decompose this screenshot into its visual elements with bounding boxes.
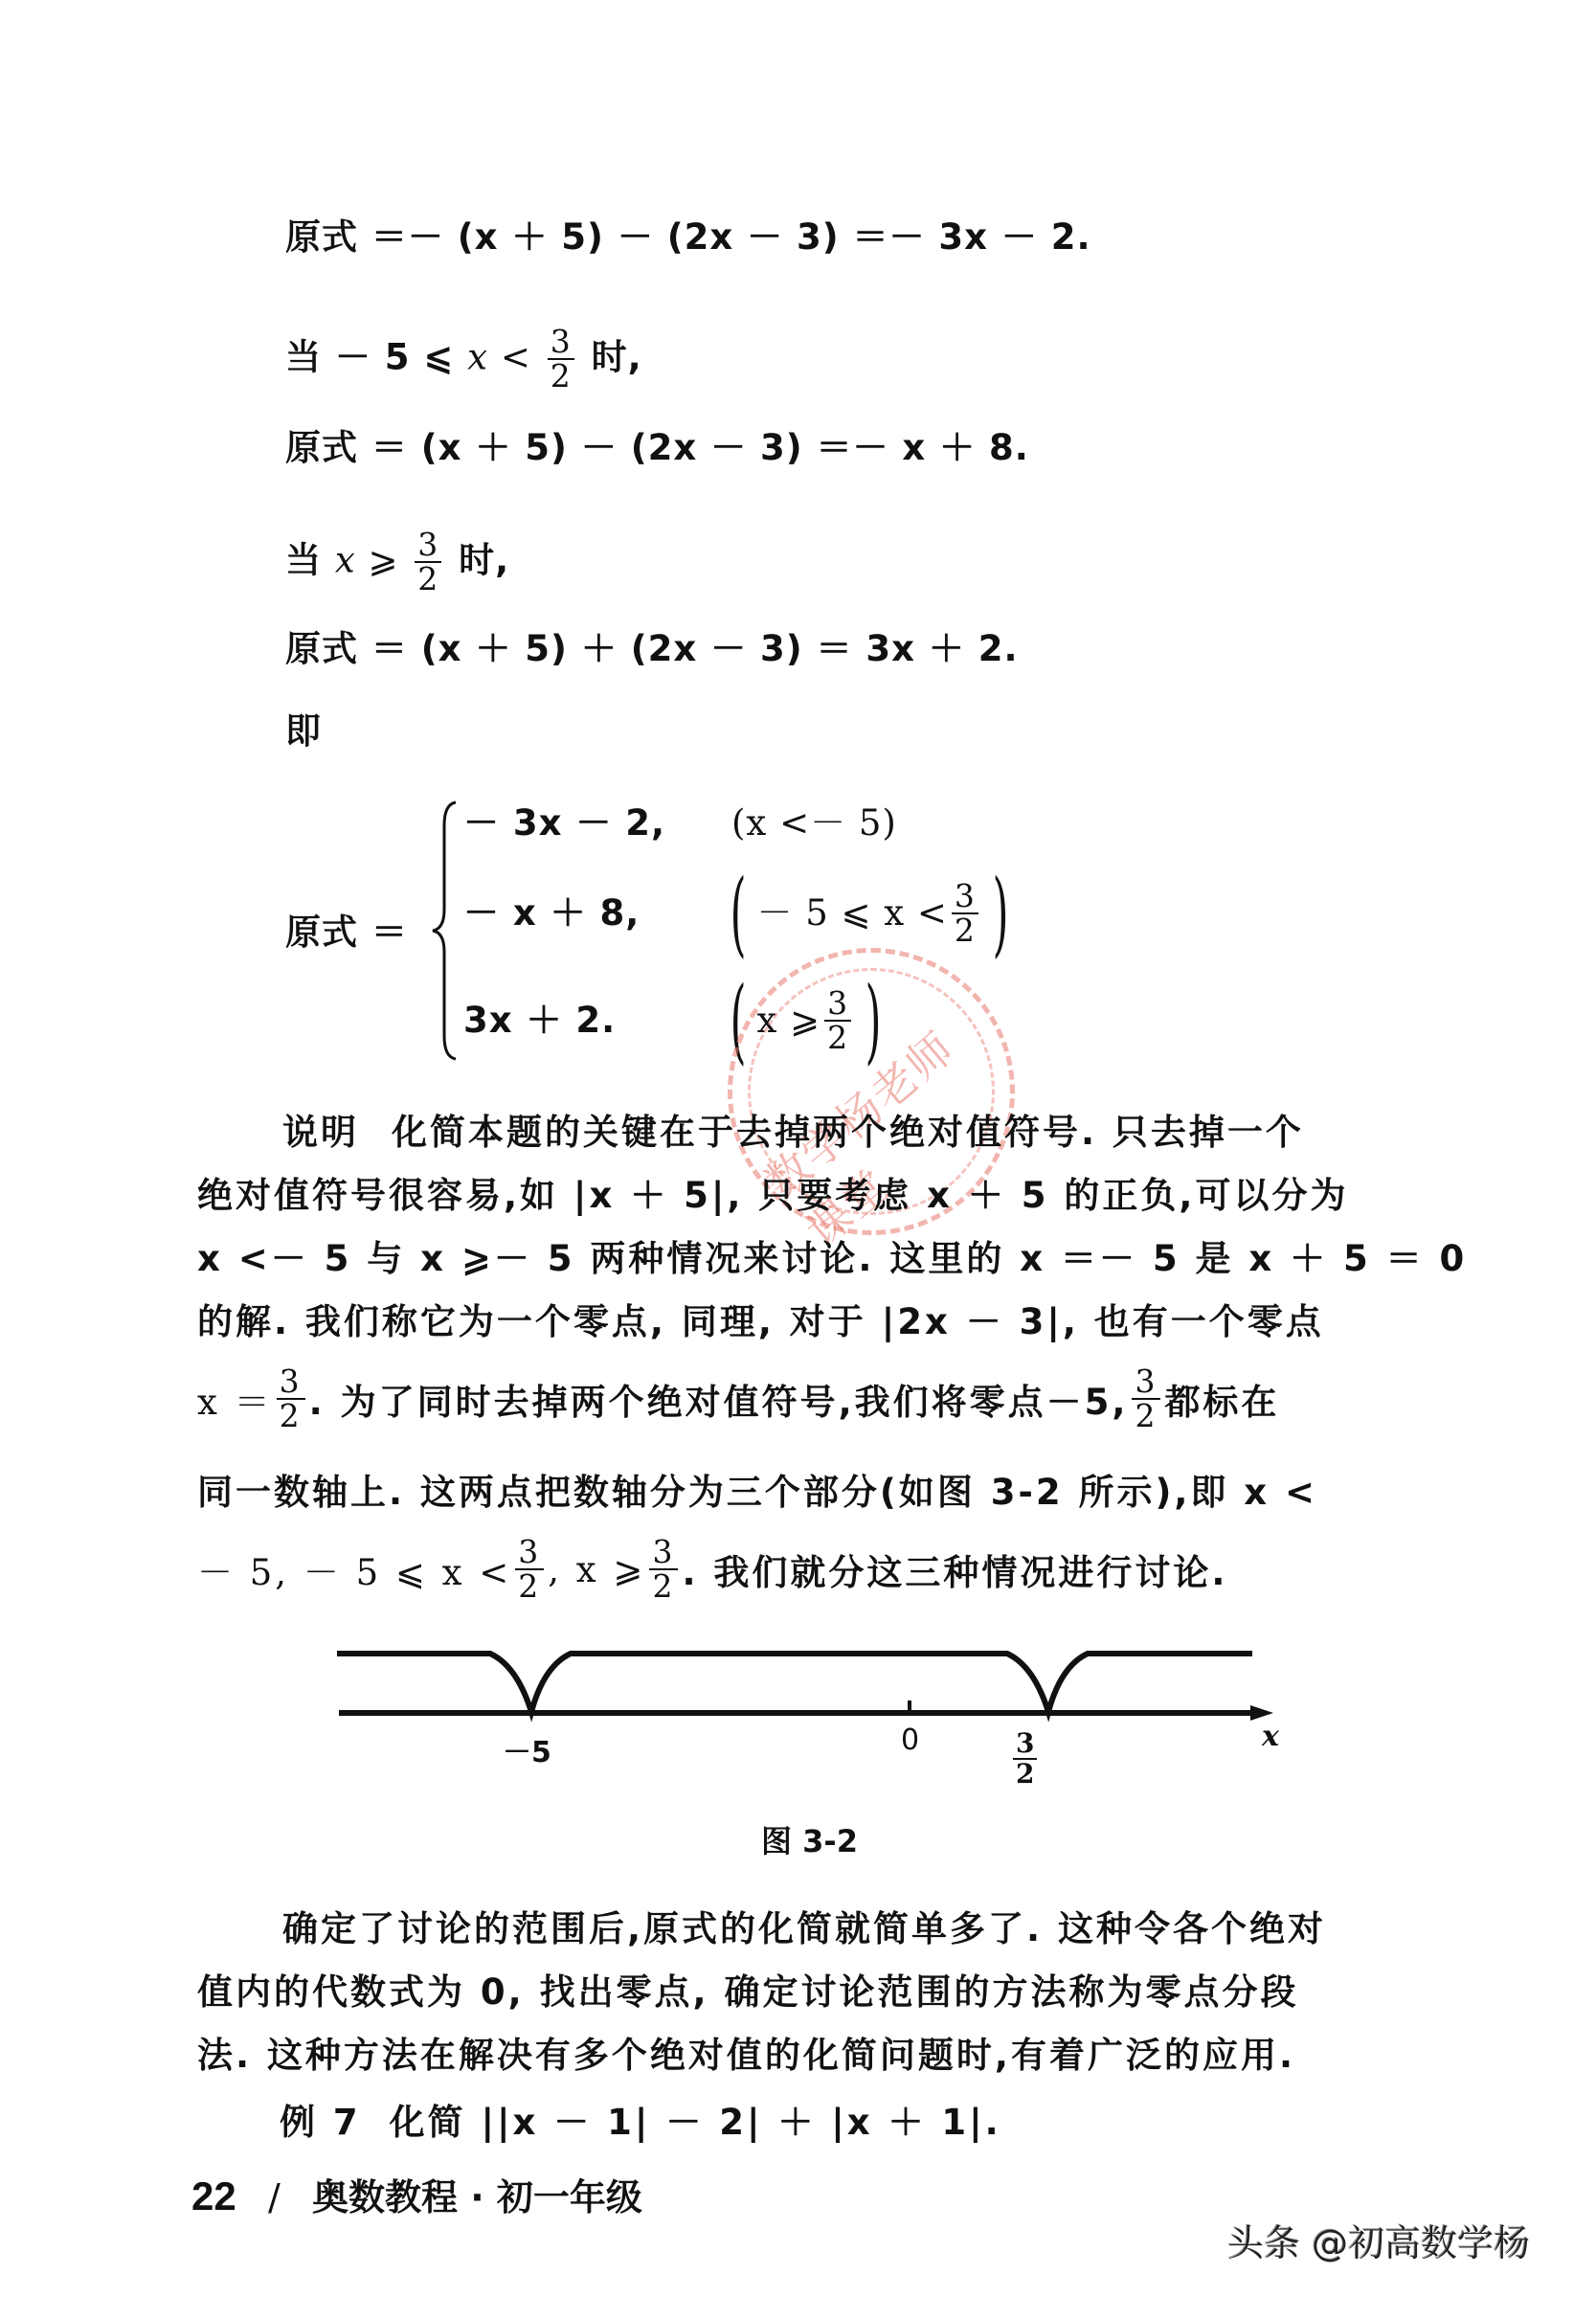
explanation-text: 同一数轴上. 这两点把数轴分为三个部分(如图 3-2 所示),即 x < bbox=[197, 1472, 1317, 1513]
fraction-three-halves: 32 bbox=[824, 987, 851, 1054]
numerator: 3 bbox=[415, 529, 441, 563]
numerator: 3 bbox=[548, 326, 574, 360]
piecewise-label-text: 原式 ＝ bbox=[285, 912, 408, 953]
fraction-three-halves: 32 bbox=[515, 1536, 544, 1603]
numerator: 3 bbox=[824, 987, 851, 1022]
denominator: 2 bbox=[827, 1022, 848, 1054]
conclusion-text: 确定了讨论的范围后,原式的化简就简单多了. 这种令各个绝对 bbox=[282, 1908, 1326, 1949]
example-text: 化简 ||x － 1| － 2| ＋ |x ＋ 1|. bbox=[390, 2102, 1001, 2143]
greater-equal: ⩾ bbox=[356, 540, 412, 581]
denominator: 2 bbox=[280, 1400, 303, 1432]
conclusion-line-1: 确定了讨论的范围后,原式的化简就简单多了. 这种令各个绝对 bbox=[282, 1900, 1326, 1951]
conclusion-text: 法. 这种方法在解决有多个绝对值的化简问题时,有着广泛的应用. bbox=[197, 2035, 1295, 2076]
therefore-label: 即 bbox=[285, 710, 322, 753]
denominator: 2 bbox=[417, 563, 438, 596]
explanation-text: 化简本题的关键在于去掉两个绝对值符号. 只去掉一个 bbox=[392, 1112, 1304, 1153]
label-neg5: －5 bbox=[503, 1728, 551, 1770]
equation-case2: 原式 ＝ (x ＋ 5) － (2x － 3) ＝－ x ＋ 8. bbox=[285, 427, 1029, 469]
book-title: 奥数教程 · 初一年级 bbox=[312, 2176, 642, 2218]
explanation-line-5: x ＝32. 为了同时去掉两个绝对值符号,我们将零点－5,32都标在 bbox=[197, 1358, 1279, 1440]
fraction-three-halves: 32 bbox=[1013, 1729, 1037, 1789]
explanation-line-6: 同一数轴上. 这两点把数轴分为三个部分(如图 3-2 所示),即 x < bbox=[197, 1463, 1317, 1515]
explanation-text: . 为了同时去掉两个绝对值符号,我们将零点－5, bbox=[309, 1373, 1129, 1425]
label-zero: 0 bbox=[901, 1723, 919, 1757]
explanation-line-2: 绝对值符号很容易,如 |x ＋ 5|, 只要考虑 x ＋ 5 的正负,可以分为 bbox=[197, 1166, 1348, 1218]
denominator: 2 bbox=[652, 1570, 675, 1603]
numerator: 3 bbox=[1132, 1365, 1160, 1400]
numerator: 3 bbox=[952, 880, 978, 914]
piecewise-expr-1: － 3x － 2, bbox=[463, 802, 665, 844]
axis-label-x: x bbox=[1262, 1720, 1279, 1753]
piecewise-expr-3: 3x ＋ 2. bbox=[463, 1000, 616, 1042]
footer-separator: / bbox=[268, 2176, 281, 2218]
condition-prefix: 当 － 5 ⩽ bbox=[285, 337, 467, 378]
denominator: 2 bbox=[551, 360, 572, 393]
numerator: 3 bbox=[277, 1365, 305, 1400]
platform-watermark: 头条 @初高数学杨 bbox=[1227, 2214, 1530, 2266]
denominator: 2 bbox=[1016, 1760, 1034, 1789]
case-condition: x ⩾ bbox=[756, 1000, 820, 1042]
numerator: 3 bbox=[515, 1536, 544, 1570]
denominator: 2 bbox=[955, 914, 976, 947]
equation-case3: 原式 ＝ (x ＋ 5) ＋ (2x － 3) ＝ 3x ＋ 2. bbox=[285, 628, 1019, 670]
explanation-text: 都标在 bbox=[1164, 1373, 1279, 1425]
equation-text: 原式 ＝－ (x ＋ 5) － (2x － 3) ＝－ 3x － 2. bbox=[285, 216, 1091, 258]
fraction-three-halves: 32 bbox=[415, 529, 441, 596]
numerator: 3 bbox=[649, 1536, 678, 1570]
condition-suffix: 时, bbox=[445, 540, 509, 581]
fraction-three-halves: 32 bbox=[548, 326, 574, 393]
case-expression: － x ＋ 8, bbox=[463, 892, 640, 934]
axis-arrow-icon bbox=[1250, 1705, 1273, 1721]
piecewise-label: 原式 ＝ bbox=[285, 912, 408, 954]
explanation-text: . 我们就分这三种情况进行讨论. bbox=[682, 1543, 1227, 1595]
figure-caption: 图 3-2 bbox=[761, 1817, 858, 1861]
example-label: 例 7 bbox=[280, 2102, 361, 2143]
conclusion-text: 值内的代数式为 0, 找出零点, 确定讨论范围的方法称为零点分段 bbox=[197, 1971, 1299, 2013]
left-brace-icon bbox=[427, 797, 465, 1065]
explanation-text: 的解. 我们称它为一个零点, 同理, 对于 |2x － 3|, 也有一个零点 bbox=[197, 1301, 1324, 1342]
fraction-three-halves: 32 bbox=[952, 880, 978, 947]
numerator: 3 bbox=[1013, 1729, 1037, 1760]
explanation-text: x ＝ bbox=[197, 1373, 273, 1425]
page-footer: 22 / 奥数教程 · 初一年级 bbox=[191, 2168, 642, 2220]
fraction-three-halves: 32 bbox=[1132, 1365, 1160, 1432]
conclusion-line-3: 法. 这种方法在解决有多个绝对值的化简问题时,有着广泛的应用. bbox=[197, 2026, 1295, 2078]
page-number: 22 bbox=[191, 2173, 236, 2218]
number-line-figure bbox=[326, 1628, 1302, 1800]
tick-label: －5 bbox=[503, 1736, 551, 1769]
explanation-text: 绝对值符号很容易,如 |x ＋ 5|, 只要考虑 x ＋ 5 的正负,可以分为 bbox=[197, 1175, 1348, 1216]
case-expression: － 3x － 2, bbox=[463, 802, 665, 844]
label-three-halves: 32 bbox=[1009, 1729, 1041, 1789]
variable-x: x bbox=[467, 337, 488, 378]
left-paren: ( bbox=[731, 867, 747, 959]
explanation-text: － 5, － 5 ⩽ x < bbox=[197, 1543, 511, 1595]
caption-text: 图 3-2 bbox=[761, 1823, 858, 1859]
right-paren: ) bbox=[865, 975, 882, 1067]
region-bracket-line bbox=[337, 1654, 1252, 1712]
explanation-line-7: － 5, － 5 ⩽ x <32, x ⩾32. 我们就分这三种情况进行讨论. bbox=[197, 1528, 1227, 1610]
denominator: 2 bbox=[1135, 1400, 1158, 1432]
case-condition: － 5 ⩽ x < bbox=[756, 892, 947, 935]
left-paren: ( bbox=[731, 975, 747, 1067]
piecewise-cond-2: (－ 5 ⩽ x < 32) bbox=[720, 867, 1019, 959]
piecewise-cond-3: (x ⩾ 32) bbox=[720, 975, 892, 1067]
conclusion-line-2: 值内的代数式为 0, 找出零点, 确定讨论范围的方法称为零点分段 bbox=[197, 1963, 1299, 2015]
watermark-text: 头条 @初高数学杨 bbox=[1227, 2222, 1530, 2264]
condition-case3: 当 x ⩾ 32 时, bbox=[285, 529, 509, 596]
right-paren: ) bbox=[992, 867, 1008, 959]
explanation-heading: 说明 bbox=[282, 1112, 359, 1153]
equation-text: 原式 ＝ (x ＋ 5) ＋ (2x － 3) ＝ 3x ＋ 2. bbox=[285, 628, 1019, 669]
variable-x: x bbox=[335, 540, 356, 581]
condition-case2: 当 － 5 ⩽ x < 32 时, bbox=[285, 326, 642, 393]
case-expression: 3x ＋ 2. bbox=[463, 1000, 616, 1041]
piecewise-cond-1: (x <－ 5) bbox=[731, 802, 897, 844]
denominator: 2 bbox=[518, 1570, 541, 1603]
explanation-line-1: 说明化简本题的关键在于去掉两个绝对值符号. 只去掉一个 bbox=[282, 1103, 1304, 1155]
condition-prefix: 当 bbox=[285, 540, 335, 581]
explanation-line-3: x <－ 5 与 x ⩾－ 5 两种情况来讨论. 这里的 x ＝－ 5 是 x … bbox=[197, 1229, 1467, 1281]
therefore-text: 即 bbox=[285, 710, 322, 752]
case-condition: (x <－ 5) bbox=[731, 802, 897, 844]
less-than: < bbox=[488, 337, 544, 378]
example-7: 例 7化简 ||x － 1| － 2| ＋ |x ＋ 1|. bbox=[280, 2093, 1001, 2145]
fraction-three-halves: 32 bbox=[649, 1536, 678, 1603]
axis-label: x bbox=[1262, 1720, 1279, 1753]
tick-label: 0 bbox=[901, 1723, 919, 1757]
equation-case1: 原式 ＝－ (x ＋ 5) － (2x － 3) ＝－ 3x － 2. bbox=[285, 216, 1091, 259]
fraction-three-halves: 32 bbox=[277, 1365, 305, 1432]
explanation-text: x <－ 5 与 x ⩾－ 5 两种情况来讨论. 这里的 x ＝－ 5 是 x … bbox=[197, 1238, 1467, 1279]
condition-suffix: 时, bbox=[578, 337, 642, 378]
explanation-line-4: 的解. 我们称它为一个零点, 同理, 对于 |2x － 3|, 也有一个零点 bbox=[197, 1293, 1324, 1344]
piecewise-expr-2: － x ＋ 8, bbox=[463, 892, 640, 935]
equation-text: 原式 ＝ (x ＋ 5) － (2x － 3) ＝－ x ＋ 8. bbox=[285, 427, 1029, 468]
explanation-text: , x ⩾ bbox=[548, 1549, 645, 1590]
